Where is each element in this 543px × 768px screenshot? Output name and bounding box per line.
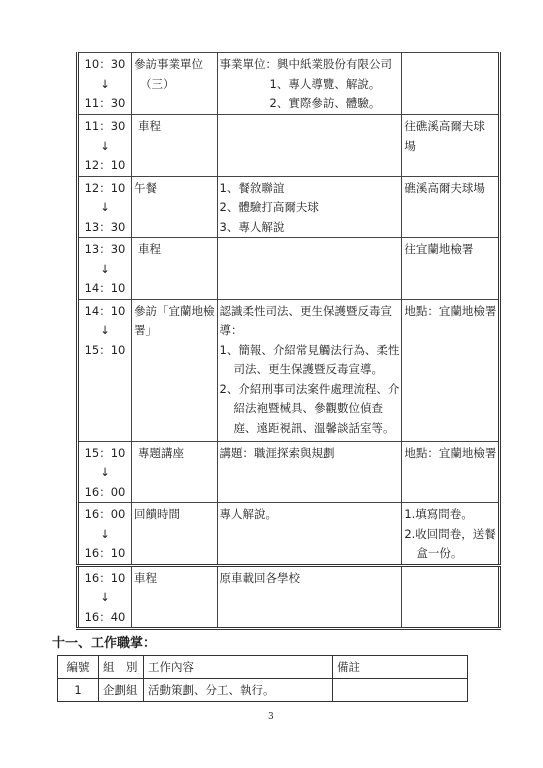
content-text: 專人解說。: [220, 505, 400, 525]
content-cell: [217, 238, 402, 300]
end-time: 16：40: [81, 608, 129, 628]
end-time: 14：10: [81, 279, 129, 299]
item-cell: 回饋時間: [132, 503, 218, 566]
item-cell: 車程: [132, 565, 218, 629]
content-text: 2、介紹刑事司法案件處理流程、介: [220, 380, 400, 400]
item-cell: 參訪事業單位 （三）: [132, 53, 218, 115]
item-cell: 參訪「宜蘭地檢 署」: [132, 299, 218, 441]
note-cell: 地點：宜蘭地檢署: [402, 299, 500, 441]
duties-table: 編號 組 別 工作內容 備註 1 企劃組 活動策劃、分工、執行。: [57, 655, 468, 702]
start-time: 11：30: [81, 117, 129, 137]
cell-group: 企劃組: [99, 679, 144, 702]
item-cell: 專題講座: [132, 441, 218, 503]
end-time: 13：30: [81, 218, 129, 238]
header-remarks: 備註: [333, 656, 468, 679]
item-cell: 車程: [132, 115, 218, 177]
content-cell: 1、餐敘聯誼 2、體驗打高爾夫球 3、專人解說: [217, 176, 402, 238]
time-cell: 14：10 ↓ 15：10: [78, 299, 132, 441]
time-cell: 12：10 ↓ 13：30: [78, 176, 132, 238]
end-time: 16：10: [81, 544, 129, 564]
schedule-row: 16：10 ↓ 16：40 車程 原車載回各學校: [78, 565, 500, 629]
item-text: 回饋時間: [134, 505, 215, 525]
arrow-down-icon: ↓: [81, 137, 129, 157]
start-time: 12：10: [81, 179, 129, 199]
time-cell: 16：10 ↓ 16：40: [78, 565, 132, 629]
content-text: 紹法袍暨械具、參觀數位偵查: [220, 399, 400, 419]
time-cell: 15：10 ↓ 16：00: [78, 441, 132, 503]
content-text: 2、體驗打高爾夫球: [220, 198, 400, 218]
start-time: 10：30: [81, 55, 129, 75]
cell-work-content: 活動策劃、分工、執行。: [144, 679, 333, 702]
item-text: 車程: [134, 117, 215, 137]
arrow-down-icon: ↓: [81, 260, 129, 280]
arrow-down-icon: ↓: [81, 588, 129, 608]
schedule-row: 14：10 ↓ 15：10 參訪「宜蘭地檢 署」 認識柔性司法、更生保護暨反毒宣…: [78, 299, 500, 441]
content-text: 1、簡報、介紹常見觸法行為、柔性: [220, 341, 400, 361]
schedule-row: 11：30 ↓ 12：10 車程 往礁溪高爾夫球 場: [78, 115, 500, 177]
arrow-down-icon: ↓: [81, 525, 129, 545]
schedule-row: 10：30 ↓ 11：30 參訪事業單位 （三） 事業單位：興中紙業股份有限公司…: [78, 53, 500, 115]
item-cell: 車程: [132, 238, 218, 300]
content-text: 原車載回各學校: [220, 569, 400, 589]
note-cell: 礁溪高爾夫球場: [402, 176, 500, 238]
note-text: 盒一份。: [404, 544, 496, 564]
content-text: 認識柔性司法、更生保護暨反毒宣: [220, 302, 400, 322]
content-cell: 認識柔性司法、更生保護暨反毒宣 導： 1、簡報、介紹常見觸法行為、柔性 司法、更…: [217, 299, 402, 441]
content-cell: 原車載回各學校: [217, 565, 402, 629]
time-cell: 11：30 ↓ 12：10: [78, 115, 132, 177]
content-text: 事業單位：興中紙業股份有限公司: [220, 55, 400, 75]
item-text: 專題講座: [134, 444, 215, 464]
content-cell: [217, 115, 402, 177]
content-text: 導：: [220, 321, 400, 341]
cell-remarks: [333, 679, 468, 702]
end-time: 12：10: [81, 156, 129, 176]
duties-row: 1 企劃組 活動策劃、分工、執行。: [58, 679, 468, 702]
schedule-row: 15：10 ↓ 16：00 專題講座 講題：職涯探索與規劃 地點：宜蘭地檢署: [78, 441, 500, 503]
header-number: 編號: [58, 656, 99, 679]
content-text: 3、專人解說: [220, 218, 400, 238]
item-text: 參訪事業單位: [134, 55, 215, 75]
content-text: 2、實際參訪、體驗。: [220, 94, 400, 114]
note-cell: 往礁溪高爾夫球 場: [402, 115, 500, 177]
schedule-row: 12：10 ↓ 13：30 午餐 1、餐敘聯誼 2、體驗打高爾夫球 3、專人解說…: [78, 176, 500, 238]
schedule-table: 10：30 ↓ 11：30 參訪事業單位 （三） 事業單位：興中紙業股份有限公司…: [76, 52, 501, 630]
item-text: 車程: [134, 240, 215, 260]
note-text: 地點：宜蘭地檢署: [404, 444, 496, 464]
time-cell: 16：00 ↓ 16：10: [78, 503, 132, 566]
content-cell: 講題：職涯探索與規劃: [217, 441, 402, 503]
cell-number: 1: [58, 679, 99, 702]
schedule-row: 16：00 ↓ 16：10 回饋時間 專人解說。 1.填寫問卷。 2.收回問卷，…: [78, 503, 500, 566]
arrow-down-icon: ↓: [81, 463, 129, 483]
note-cell: [402, 53, 500, 115]
note-cell: 地點：宜蘭地檢署: [402, 441, 500, 503]
start-time: 16：10: [81, 569, 129, 589]
arrow-down-icon: ↓: [81, 321, 129, 341]
note-text: 場: [404, 137, 496, 157]
item-text: 參訪「宜蘭地檢: [134, 302, 215, 322]
duties-header-row: 編號 組 別 工作內容 備註: [58, 656, 468, 679]
content-text: 講題：職涯探索與規劃: [220, 444, 400, 464]
item-text: 車程: [134, 569, 215, 589]
content-text: 1、專人導覽、解說。: [220, 75, 400, 95]
start-time: 13：30: [81, 240, 129, 260]
time-cell: 10：30 ↓ 11：30: [78, 53, 132, 115]
note-text: 往宜蘭地檢署: [404, 240, 496, 260]
schedule-row: 13：30 ↓ 14：10 車程 往宜蘭地檢署: [78, 238, 500, 300]
start-time: 15：10: [81, 444, 129, 464]
time-cell: 13：30 ↓ 14：10: [78, 238, 132, 300]
start-time: 16：00: [81, 505, 129, 525]
note-text: 2.收回問卷，送餐: [404, 525, 496, 545]
start-time: 14：10: [81, 302, 129, 322]
content-cell: 事業單位：興中紙業股份有限公司 1、專人導覽、解說。 2、實際參訪、體驗。: [217, 53, 402, 115]
end-time: 16：00: [81, 483, 129, 503]
item-text: 午餐: [134, 179, 215, 199]
note-cell: 往宜蘭地檢署: [402, 238, 500, 300]
item-text: （三）: [134, 75, 215, 95]
item-text: 署」: [134, 321, 215, 341]
note-text: 1.填寫問卷。: [404, 505, 496, 525]
header-group: 組 別: [99, 656, 144, 679]
page-number: 3: [268, 712, 274, 722]
arrow-down-icon: ↓: [81, 198, 129, 218]
content-text: 司法、更生保護暨反毒宣導。: [220, 360, 400, 380]
content-text: 庭、遠距視訊、溫馨談話室等。: [220, 419, 400, 439]
content-text: 1、餐敘聯誼: [220, 179, 400, 199]
note-cell: [402, 565, 500, 629]
end-time: 15：10: [81, 341, 129, 361]
item-cell: 午餐: [132, 176, 218, 238]
note-cell: 1.填寫問卷。 2.收回問卷，送餐 盒一份。: [402, 503, 500, 566]
section-heading: 十一、工作職掌：: [52, 632, 156, 651]
arrow-down-icon: ↓: [81, 75, 129, 95]
content-cell: 專人解說。: [217, 503, 402, 566]
note-text: 礁溪高爾夫球場: [404, 179, 496, 199]
note-text: 往礁溪高爾夫球: [404, 117, 496, 137]
end-time: 11：30: [81, 94, 129, 114]
note-text: 地點：宜蘭地檢署: [404, 302, 496, 322]
header-work-content: 工作內容: [144, 656, 333, 679]
